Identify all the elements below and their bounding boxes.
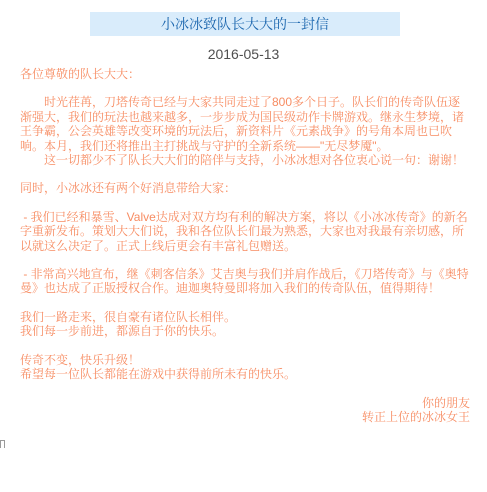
- paragraph-news-rename: - 我们已经和暴雪、Valve达成对双方均有利的解决方案，将以《小冰冰传奇》的新…: [20, 210, 470, 253]
- signature: 你的朋友 转正上位的冰冰女王: [20, 396, 470, 425]
- paragraph-intro: 时光荏苒，刀塔传奇已经与大家共同走过了800多个日子。队长们的传奇队伍逐渐强大，…: [20, 95, 470, 167]
- paragraph-closing: 传奇不变，快乐升级！ 希望每一位队长都能在游戏中获得前所未有的快乐。: [20, 353, 470, 382]
- letter-page: 小冰冰致队长大大的一封信 2016-05-13 各位尊敬的队长大大： 时光荏苒，…: [0, 0, 487, 492]
- broken-image-fragment-icon: [0, 440, 5, 448]
- page-title: 小冰冰致队长大大的一封信: [161, 16, 329, 32]
- paragraph-news-ultraman: - 非常高兴地宣布，继《刺客信条》艾吉奥与我们并肩作战后，《刀塔传奇》与《奥特曼…: [20, 267, 470, 296]
- paragraph-thanks: 我们一路走来，很自豪有诸位队长相伴。 我们每一步前进，都源自于你的快乐。: [20, 310, 470, 339]
- letter-title-bar: 小冰冰致队长大大的一封信: [90, 12, 400, 36]
- salutation: 各位尊敬的队长大大：: [20, 67, 470, 81]
- paragraph-good-news-lead: 同时，小冰冰还有两个好消息带给大家：: [20, 181, 470, 195]
- letter-date: 2016-05-13: [0, 46, 487, 62]
- letter-body: 各位尊敬的队长大大： 时光荏苒，刀塔传奇已经与大家共同走过了800多个日子。队长…: [20, 67, 470, 424]
